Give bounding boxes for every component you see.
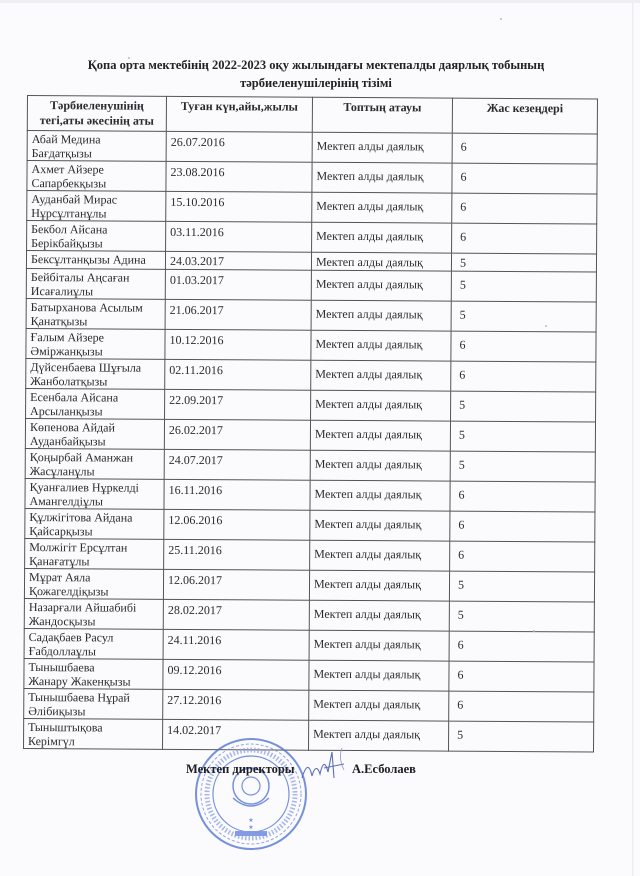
cell-group-name: Мектеп алды даялық bbox=[312, 162, 452, 193]
name-line-2: Бағдатқызы bbox=[32, 146, 162, 161]
table-row: Бекбол АйсанаБерікбайқызы03.11.2016Мекте… bbox=[27, 221, 597, 254]
cell-group-name: Мектеп алды даялық bbox=[311, 390, 451, 421]
official-stamp-icon: ★ ★ bbox=[190, 736, 312, 852]
scan-top-edge bbox=[0, 0, 640, 3]
table-row: Ғалым АйзереӘміржанқызы10.12.2016Мектеп … bbox=[26, 328, 596, 361]
table-header-row: Тәрбиеленушінің тегі,аты әкесінің аты Ту… bbox=[27, 96, 597, 134]
name-line-1: Тынышбаева bbox=[28, 660, 158, 675]
cell-full-name: Қуанғалиев НұркелдіАмангелдіұлы bbox=[25, 478, 164, 509]
cell-full-name: Молжігіт ЕрсұлтанҚанағатұлы bbox=[25, 538, 164, 569]
table-row: Қуанғалиев НұркелдіАмангелдіұлы16.11.201… bbox=[25, 478, 595, 511]
cell-full-name: ТынышбаеваЖанару Жакенқызы bbox=[24, 658, 163, 689]
student-list-table: Тәрбиеленушінің тегі,аты әкесінің аты Ту… bbox=[23, 95, 598, 752]
cell-birth-date: 10.12.2016 bbox=[165, 329, 311, 360]
cell-group-name: Мектеп алды даялық bbox=[309, 600, 449, 631]
cell-age-stage: 6 bbox=[449, 691, 594, 722]
cell-full-name: Бейбіталы АңсағанИсағалиұлы bbox=[26, 268, 165, 299]
table-row: Ахмет АйзереСапарбекқызы23.08.2016Мектеп… bbox=[27, 161, 597, 194]
name-line-1: Мұрат Аяла bbox=[29, 570, 159, 585]
cell-full-name: Қоңырбай АманжанЖасұланұлы bbox=[25, 448, 164, 479]
cell-birth-date: 26.02.2017 bbox=[164, 419, 310, 450]
cell-age-stage: 6 bbox=[450, 511, 595, 542]
cell-birth-date: 26.07.2016 bbox=[166, 131, 312, 162]
scan-page-edge bbox=[632, 0, 634, 876]
name-line-2: Қанатқызы bbox=[31, 314, 161, 329]
scan-speck bbox=[500, 18, 502, 20]
name-line-2: Берікбайқызы bbox=[31, 236, 161, 251]
cell-birth-date: 09.12.2016 bbox=[163, 659, 309, 690]
table-row: Қоңырбай АманжанЖасұланұлы24.07.2017Мект… bbox=[25, 448, 595, 481]
cell-group-name: Мектеп алды даялық bbox=[311, 360, 451, 391]
header-birth-date: Туған күн,айы,жылы bbox=[166, 96, 312, 132]
cell-group-name: Мектеп алды даялық bbox=[312, 222, 452, 253]
cell-group-name: Мектеп алды даялық bbox=[311, 270, 451, 301]
cell-group-name: Мектеп алды даялық bbox=[312, 192, 452, 223]
name-line-1: Абай Медина bbox=[32, 132, 162, 147]
table-row: Мұрат АялаҚожагелдіқызы12.06.2017Мектеп … bbox=[24, 568, 594, 601]
scan-speck bbox=[128, 57, 130, 59]
name-line-1: Бейбіталы Аңсаған bbox=[31, 270, 161, 285]
name-line-1: Тынышбаева Нұрай bbox=[28, 690, 158, 705]
name-line-2: Ауданбайқызы bbox=[30, 434, 160, 449]
cell-age-stage: 6 bbox=[452, 223, 597, 254]
cell-full-name: Абай МединаБағдатқызы bbox=[27, 131, 166, 162]
name-line-2: Арсыланқызы bbox=[30, 404, 160, 419]
cell-birth-date: 21.06.2017 bbox=[165, 299, 311, 330]
cell-birth-date: 02.11.2016 bbox=[165, 359, 311, 390]
cell-group-name: Мектеп алды даялық bbox=[312, 132, 452, 163]
title-line-2: тәрбиеленушілерінің тізімі bbox=[0, 74, 632, 92]
name-line-1: Есенбала Айсана bbox=[30, 390, 160, 405]
cell-birth-date: 24.07.2017 bbox=[164, 449, 310, 480]
table-row: Молжігіт ЕрсұлтанҚанағатұлы25.11.2016Мек… bbox=[25, 538, 595, 571]
table-row: Көпенова АйдайАуданбайқызы26.02.2017Мект… bbox=[25, 418, 595, 451]
cell-age-stage: 6 bbox=[449, 631, 594, 662]
cell-full-name: Көпенова АйдайАуданбайқызы bbox=[25, 418, 164, 449]
name-line-2: Жанболатқызы bbox=[30, 374, 160, 389]
name-line-2: Жанару Жакенқызы bbox=[28, 674, 158, 689]
table-row: Тынышбаева НұрайӘлібиқызы27.12.2016Мекте… bbox=[24, 688, 594, 721]
cell-full-name: Ахмет АйзереСапарбекқызы bbox=[27, 161, 166, 192]
cell-age-stage: 6 bbox=[452, 193, 597, 224]
cell-age-stage: 5 bbox=[451, 301, 596, 332]
cell-age-stage: 5 bbox=[451, 253, 596, 272]
name-line-1: Тыныштықова bbox=[28, 720, 158, 735]
cell-age-stage: 5 bbox=[449, 601, 594, 632]
name-line-2: Сапарбекқызы bbox=[31, 176, 161, 191]
name-line-1: Бекбол Айсана bbox=[31, 222, 161, 237]
name-line-2: Исағалиұлы bbox=[31, 284, 161, 299]
name-line-1: Бексұлтанқызы Адина bbox=[31, 252, 161, 267]
cell-age-stage: 6 bbox=[451, 331, 596, 362]
table-row: Құлжігітова АйданаҚайсарқызы12.06.2016Ме… bbox=[25, 508, 595, 541]
cell-age-stage: 6 bbox=[451, 361, 596, 392]
name-line-2: Ғабдоллаұлы bbox=[29, 644, 159, 659]
cell-birth-date: 28.02.2017 bbox=[163, 599, 309, 630]
cell-full-name: Бекбол АйсанаБерікбайқызы bbox=[27, 221, 166, 252]
table-row: Батырханова АсылымҚанатқызы21.06.2017Мек… bbox=[26, 298, 596, 331]
table-row: Бейбіталы АңсағанИсағалиұлы01.03.2017Мек… bbox=[26, 268, 596, 301]
name-line-2: Қожагелдіқызы bbox=[29, 584, 159, 599]
cell-age-stage: 5 bbox=[451, 271, 596, 302]
cell-birth-date: 22.09.2017 bbox=[165, 389, 311, 420]
cell-group-name: Мектеп алды даялық bbox=[309, 690, 449, 721]
name-line-1: Назарғали Айшабибі bbox=[29, 600, 159, 615]
name-line-1: Батырханова Асылым bbox=[31, 300, 161, 315]
cell-birth-date: 15.10.2016 bbox=[166, 191, 312, 222]
cell-full-name: Батырханова АсылымҚанатқызы bbox=[26, 298, 165, 329]
scan-speck bbox=[545, 325, 547, 327]
cell-birth-date: 16.11.2016 bbox=[164, 479, 310, 510]
cell-birth-date: 23.08.2016 bbox=[166, 161, 312, 192]
name-line-2: Амангелдіұлы bbox=[29, 494, 159, 509]
cell-age-stage: 5 bbox=[450, 421, 595, 452]
cell-age-stage: 5 bbox=[449, 721, 594, 752]
name-line-1: Құлжігітова Айдана bbox=[29, 510, 159, 525]
table-body: Абай МединаБағдатқызы26.07.2016Мектеп ал… bbox=[24, 131, 598, 752]
cell-full-name: Құлжігітова АйданаҚайсарқызы bbox=[25, 508, 164, 539]
cell-full-name: ТыныштықоваКерімгүл bbox=[24, 718, 163, 749]
cell-full-name: Ғалым АйзереӘміржанқызы bbox=[26, 328, 165, 359]
name-line-1: Ахмет Айзере bbox=[32, 162, 162, 177]
svg-text:★: ★ bbox=[248, 824, 253, 831]
cell-birth-date: 12.06.2017 bbox=[163, 569, 309, 600]
cell-group-name: Мектеп алды даялық bbox=[311, 330, 451, 361]
cell-full-name: Тынышбаева НұрайӘлібиқызы bbox=[24, 688, 163, 719]
table-row: Назарғали АйшабибіЖандосқызы28.02.2017Ме… bbox=[24, 598, 594, 631]
cell-group-name: Мектеп алды даялық bbox=[309, 660, 449, 691]
name-line-1: Садақбаев Расул bbox=[29, 630, 159, 645]
cell-group-name: Мектеп алды даялық bbox=[309, 570, 449, 601]
cell-group-name: Мектеп алды даялық bbox=[310, 510, 450, 541]
name-line-1: Молжігіт Ерсұлтан bbox=[29, 540, 159, 555]
table-row: Ауданбай МирасНұрсұлтанұлы15.10.2016Мект… bbox=[27, 191, 597, 224]
name-line-2: Жасұланұлы bbox=[30, 464, 160, 479]
cell-group-name: Мектеп алды даялық bbox=[310, 540, 450, 571]
cell-group-name: Мектеп алды даялық bbox=[309, 630, 449, 661]
cell-age-stage: 6 bbox=[450, 481, 595, 512]
cell-age-stage: 5 bbox=[450, 451, 595, 482]
cell-birth-date: 24.03.2017 bbox=[165, 251, 311, 270]
student-list-table-container: Тәрбиеленушінің тегі,аты әкесінің аты Ту… bbox=[23, 95, 597, 752]
cell-group-name: Мектеп алды даялық bbox=[309, 720, 449, 751]
cell-full-name: Бексұлтанқызы Адина bbox=[26, 251, 165, 270]
name-line-2: Әлібиқызы bbox=[28, 704, 158, 719]
name-line-2: Нұрсұлтанұлы bbox=[31, 206, 161, 221]
table-row: Есенбала АйсанаАрсыланқызы22.09.2017Мект… bbox=[26, 388, 596, 421]
cell-group-name: Мектеп алды даялық bbox=[311, 300, 451, 331]
header-full-name: Тәрбиеленушінің тегі,аты әкесінің аты bbox=[27, 96, 166, 132]
name-line-2: Әміржанқызы bbox=[30, 344, 160, 359]
cell-age-stage: 6 bbox=[450, 541, 595, 572]
cell-birth-date: 03.11.2016 bbox=[166, 221, 312, 252]
name-line-1: Көпенова Айдай bbox=[30, 420, 160, 435]
cell-group-name: Мектеп алды даялық bbox=[310, 450, 450, 481]
name-line-1: Ауданбай Мирас bbox=[31, 192, 161, 207]
svg-text:★: ★ bbox=[248, 817, 253, 824]
cell-full-name: Дүйсенбаева ШұғылаЖанболатқызы bbox=[26, 358, 165, 389]
name-line-2: Жандосқызы bbox=[29, 614, 159, 629]
director-label: Мектеп директоры bbox=[186, 762, 295, 777]
cell-full-name: Садақбаев РасулҒабдоллаұлы bbox=[24, 628, 163, 659]
signature-icon bbox=[298, 748, 348, 788]
cell-birth-date: 01.03.2017 bbox=[165, 269, 311, 300]
title-line-1: Қопа орта мектебінің 2022-2023 оқу жылын… bbox=[0, 56, 632, 74]
header-group-name: Топтың атауы bbox=[312, 97, 452, 133]
cell-age-stage: 6 bbox=[452, 133, 597, 164]
cell-birth-date: 12.06.2016 bbox=[164, 509, 310, 540]
cell-group-name: Мектеп алды даялық bbox=[311, 252, 451, 271]
director-name: А.Есболаев bbox=[352, 762, 416, 777]
scan-speck bbox=[533, 630, 535, 632]
cell-full-name: Назарғали АйшабибіЖандосқызы bbox=[24, 598, 163, 629]
cell-full-name: Есенбала АйсанаАрсыланқызы bbox=[26, 388, 165, 419]
cell-full-name: Ауданбай МирасНұрсұлтанұлы bbox=[27, 191, 166, 222]
document-title: Қопа орта мектебінің 2022-2023 оқу жылын… bbox=[0, 56, 632, 92]
cell-age-stage: 5 bbox=[449, 571, 594, 602]
cell-group-name: Мектеп алды даялық bbox=[310, 420, 450, 451]
table-row: Садақбаев РасулҒабдоллаұлы24.11.2016Мект… bbox=[24, 628, 594, 661]
cell-age-stage: 6 bbox=[452, 163, 597, 194]
cell-age-stage: 6 bbox=[449, 661, 594, 692]
name-line-2: Қайсарқызы bbox=[29, 524, 159, 539]
table-row: Абай МединаБағдатқызы26.07.2016Мектеп ал… bbox=[27, 131, 597, 164]
cell-age-stage: 5 bbox=[451, 391, 596, 422]
name-line-1: Қоңырбай Аманжан bbox=[30, 450, 160, 465]
name-line-1: Қуанғалиев Нұркелді bbox=[30, 480, 160, 495]
name-line-2: Қанағатұлы bbox=[29, 554, 159, 569]
cell-birth-date: 27.12.2016 bbox=[163, 689, 309, 720]
cell-group-name: Мектеп алды даялық bbox=[310, 480, 450, 511]
header-age-stage: Жас кезеңдері bbox=[452, 98, 597, 134]
name-line-1: Ғалым Айзере bbox=[30, 330, 160, 345]
table-row: ТынышбаеваЖанару Жакенқызы09.12.2016Мект… bbox=[24, 658, 594, 691]
cell-full-name: Мұрат АялаҚожагелдіқызы bbox=[24, 568, 163, 599]
cell-birth-date: 24.11.2016 bbox=[163, 629, 309, 660]
cell-birth-date: 25.11.2016 bbox=[164, 539, 310, 570]
name-line-1: Дүйсенбаева Шұғыла bbox=[30, 360, 160, 375]
name-line-2: Керімгүл bbox=[28, 734, 158, 749]
table-row: Дүйсенбаева ШұғылаЖанболатқызы02.11.2016… bbox=[26, 358, 596, 391]
